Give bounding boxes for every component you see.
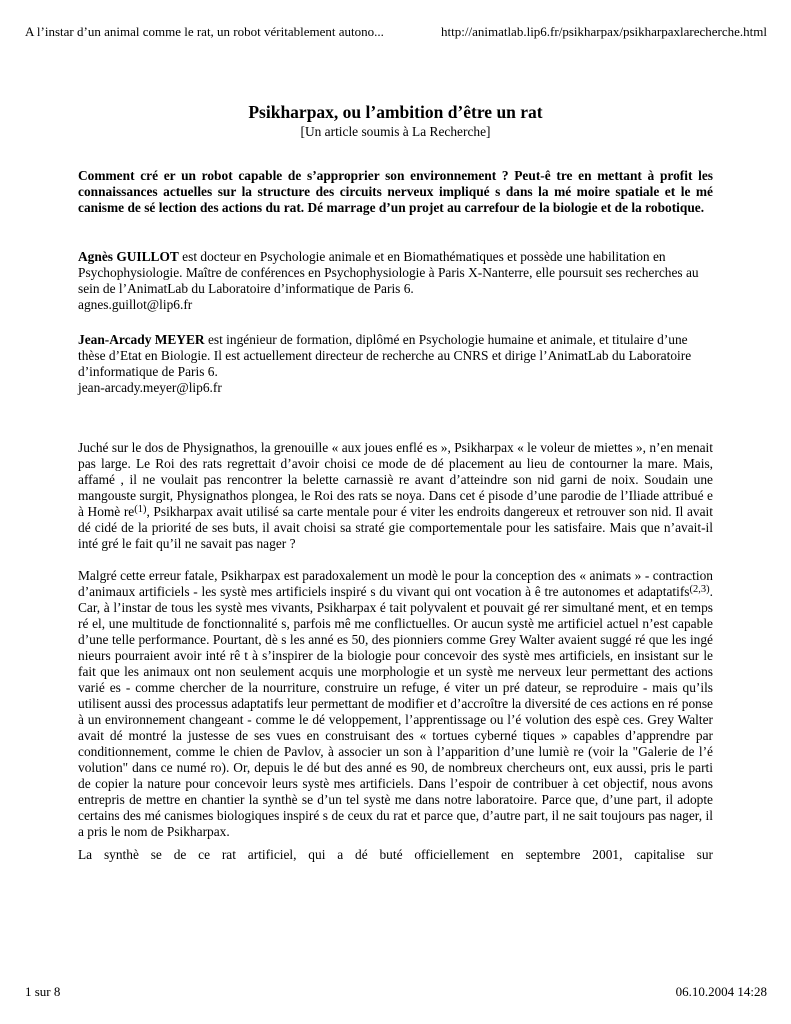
paragraph-malgre: Malgré cette erreur fatale, Psikharpax e… (78, 568, 713, 840)
author-bio-guillot: Agnès GUILLOT est docteur en Psychologie… (78, 249, 713, 313)
footnote-ref-2-3: (2,3) (690, 584, 710, 595)
footnote-ref-1: (1) (134, 504, 146, 515)
paragraph-malgre-text-1: Malgré cette erreur fatale, Psikharpax e… (78, 568, 713, 599)
print-footer-page-number: 1 sur 8 (25, 984, 60, 1000)
print-footer: 1 sur 8 06.10.2004 14:28 (25, 984, 767, 1000)
author-name-meyer: Jean-Arcady MEYER (78, 332, 205, 347)
intro-paragraph: Comment cré er un robot capable de s’app… (78, 168, 713, 216)
article-content: Psikharpax, ou l’ambition d’être un rat … (78, 0, 713, 863)
paragraph-malgre-text-2: . Car, à l’instar de tous les systè mes … (78, 584, 713, 839)
author-email-guillot: agnes.guillot@lip6.fr (78, 297, 192, 312)
article-title: Psikharpax, ou l’ambition d’être un rat (78, 101, 713, 123)
printed-page: A l’instar d’un animal comme le rat, un … (0, 0, 791, 1024)
author-bio-meyer: Jean-Arcady MEYER est ingénieur de forma… (78, 332, 713, 396)
author-name-guillot: Agnès GUILLOT (78, 249, 179, 264)
paragraph-synthese: La synthè se de ce rat artificiel, qui a… (78, 847, 713, 863)
article-subtitle: [Un article soumis à La Recherche] (78, 124, 713, 140)
print-footer-datetime: 06.10.2004 14:28 (676, 984, 767, 1000)
paragraph-juche-text-2: , Psikharpax avait utilisé sa carte ment… (78, 504, 713, 551)
paragraph-juche: Juché sur le dos de Physignathos, la gre… (78, 440, 713, 552)
author-email-meyer: jean-arcady.meyer@lip6.fr (78, 380, 222, 395)
